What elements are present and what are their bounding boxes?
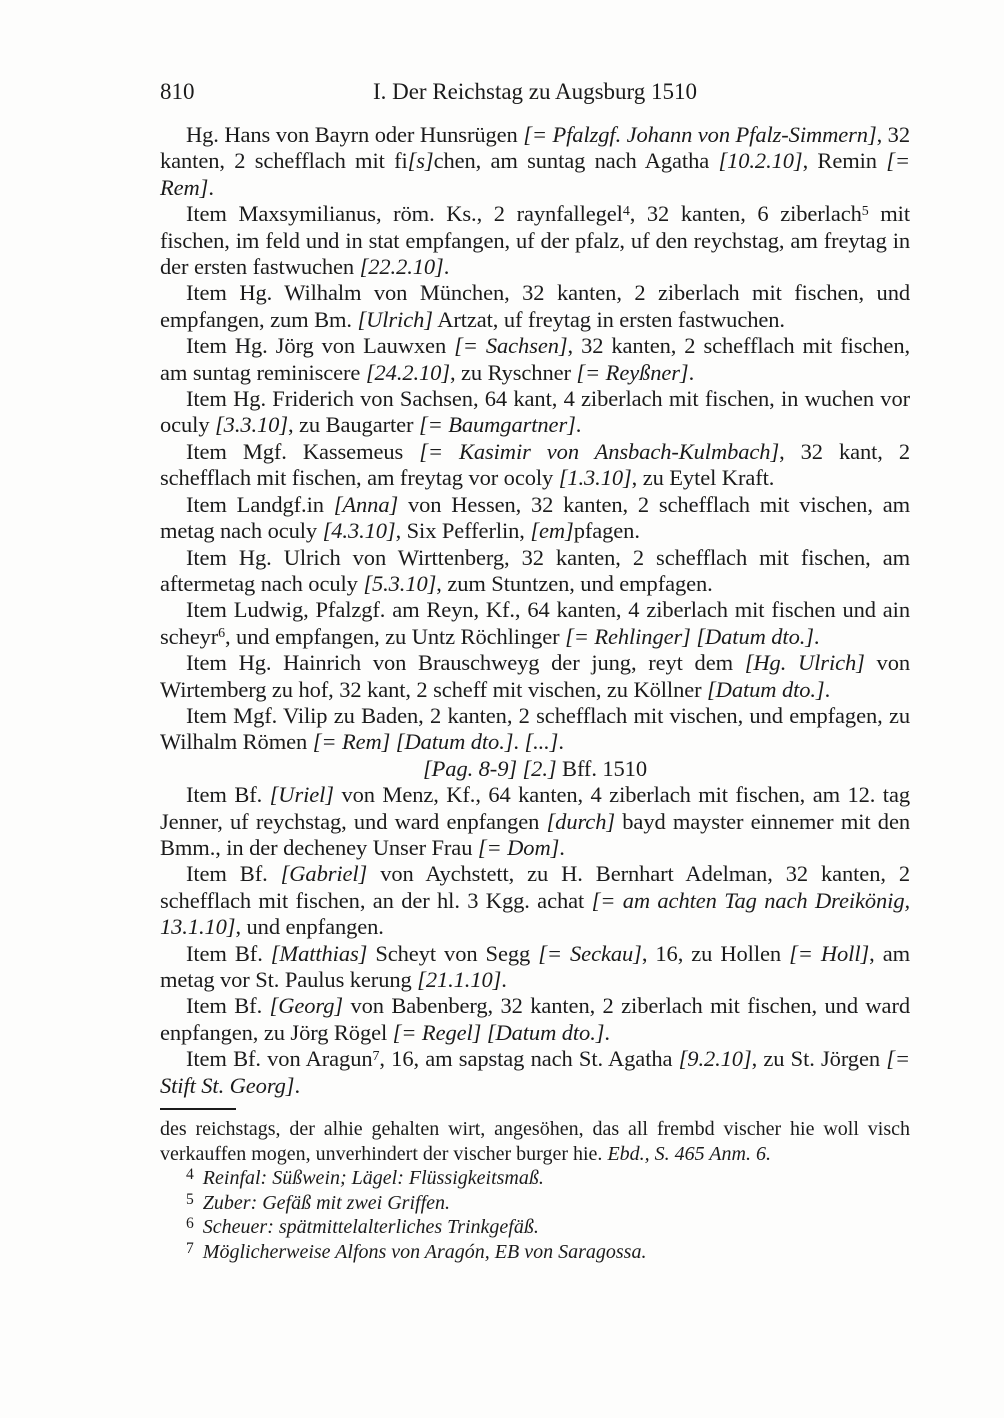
editorial-note: [Georg] bbox=[270, 993, 343, 1018]
editorial-note: [= Baumgartner] bbox=[419, 412, 576, 437]
text-paragraph: Item Landgf.in [Anna] von Hessen, 32 kan… bbox=[160, 492, 910, 545]
text-run: . bbox=[825, 677, 831, 702]
text-paragraph: Item Hg. Hainrich von Brauschweyg der ju… bbox=[160, 650, 910, 703]
text-run: . bbox=[576, 412, 582, 437]
editorial-note: [3.3.10] bbox=[215, 412, 288, 437]
text-paragraph: Item Maxsymilianus, röm. Ks., 2 raynfall… bbox=[160, 201, 910, 280]
text-run: , und empfangen, zu Untz Röchlinger bbox=[225, 624, 565, 649]
footnote-number: 7 bbox=[186, 1240, 194, 1257]
editorial-note: [= Pfalzgf. Johann von Pfalz-Simmern] bbox=[523, 122, 876, 147]
editorial-note: [24.2.10] bbox=[366, 360, 450, 385]
editorial-note: [Hg. Ulrich] bbox=[745, 650, 865, 675]
footnote-divider bbox=[160, 1108, 236, 1110]
editorial-note: [10.2.10] bbox=[718, 148, 802, 173]
text-run: . bbox=[558, 729, 564, 754]
text-run: , und enpfangen. bbox=[235, 914, 383, 939]
text-run: , 16, zu Hollen bbox=[642, 941, 789, 966]
text-run: , 32 kanten, 6 ziberlach bbox=[630, 201, 862, 226]
editorial-note: [21.1.10] bbox=[417, 967, 501, 992]
text-run: . bbox=[814, 624, 820, 649]
editorial-note: [s] bbox=[408, 148, 434, 173]
editorial-note: [...] bbox=[524, 729, 558, 754]
pagination-heading: [Pag. 8-9] [2.] Bff. 1510 bbox=[160, 756, 910, 782]
text-run: . bbox=[294, 1073, 300, 1098]
text-paragraph: Item Hg. Wilhalm von München, 32 kanten,… bbox=[160, 280, 910, 333]
text-paragraph: Item Ludwig, Pfalzgf. am Reyn, Kf., 64 k… bbox=[160, 597, 910, 650]
footnote-continuation: des reichstags, der alhie gehalten wirt,… bbox=[160, 1117, 910, 1166]
text-run: . bbox=[208, 175, 214, 200]
editorial-note: [Datum dto.] bbox=[707, 677, 825, 702]
text-paragraph: Item Bf. [Georg] von Babenberg, 32 kante… bbox=[160, 993, 910, 1046]
text-paragraph: Item Bf. [Uriel] von Menz, Kf., 64 kante… bbox=[160, 782, 910, 861]
editorial-note: [= Regel] [Datum dto.] bbox=[393, 1020, 605, 1045]
editorial-note: [5.3.10] bbox=[363, 571, 436, 596]
text-paragraph: Item Bf. [Gabriel] von Aychstett, zu H. … bbox=[160, 861, 910, 940]
text-run: Item Bf. bbox=[186, 993, 270, 1018]
footnote-reference: 7 bbox=[373, 1049, 380, 1064]
footnote-number: 6 bbox=[186, 1215, 194, 1232]
text-run: Item Mgf. Kassemeus bbox=[186, 439, 419, 464]
footnote-text: Zuber: Gefäß mit zwei Griffen. bbox=[203, 1192, 450, 1214]
editorial-note: Ebd., S. 465 Anm. 6. bbox=[607, 1143, 771, 1165]
footnote-number: 4 bbox=[186, 1166, 194, 1183]
text-run: des reichstags, der alhie gehalten wirt,… bbox=[160, 1118, 910, 1165]
footnote-text: Möglicherweise Alfons von Aragón, EB von… bbox=[203, 1241, 647, 1263]
editorial-note: [Gabriel] bbox=[281, 861, 368, 886]
text-paragraph: Item Bf. von Aragun7, 16, am sapstag nac… bbox=[160, 1046, 910, 1099]
text-run: Bff. 1510 bbox=[557, 756, 647, 781]
text-run: Scheyt von Segg bbox=[367, 941, 538, 966]
page-header: 810 I. Der Reichstag zu Augsburg 1510 bbox=[160, 78, 910, 106]
editorial-note: [= Rehlinger] [Datum dto.] bbox=[565, 624, 814, 649]
text-run: Item Hg. Hainrich von Brauschweyg der ju… bbox=[186, 650, 745, 675]
text-run: Item Bf. bbox=[186, 941, 271, 966]
editorial-note: [durch] bbox=[547, 809, 615, 834]
text-run: , zu Ryschner bbox=[450, 360, 576, 385]
text-paragraph: Item Bf. [Matthias] Scheyt von Segg [= S… bbox=[160, 941, 910, 994]
text-run: Item Maxsymilianus, röm. Ks., 2 raynfall… bbox=[186, 201, 623, 226]
footnote-text: Scheuer: spätmittelalterliches Trinkgefä… bbox=[203, 1216, 539, 1238]
editorial-note: [= Reyßner] bbox=[576, 360, 688, 385]
text-paragraph: Item Mgf. Kassemeus [= Kasimir von Ansba… bbox=[160, 439, 910, 492]
text-run: , zu Eytel Kraft. bbox=[632, 465, 775, 490]
text-run: Hg. Hans von Bayrn oder Hunsrügen bbox=[186, 122, 523, 147]
footnote-block: des reichstags, der alhie gehalten wirt,… bbox=[160, 1108, 910, 1265]
editorial-note: [Anna] bbox=[334, 492, 398, 517]
text-paragraph: Item Hg. Friderich von Sachsen, 64 kant,… bbox=[160, 386, 910, 439]
footnote: 7Möglicherweise Alfons von Aragón, EB vo… bbox=[160, 1240, 910, 1265]
editorial-note: [= Holl] bbox=[789, 941, 869, 966]
text-run: , Six Pefferlin, bbox=[396, 518, 531, 543]
footnote-reference: 4 bbox=[623, 204, 630, 219]
editorial-note: [Matthias] bbox=[271, 941, 368, 966]
text-run: . bbox=[444, 254, 450, 279]
text-run: , 16, am sapstag nach St. Agatha bbox=[379, 1046, 678, 1071]
text-paragraph: Item Hg. Jörg von Lauwxen [= Sachsen], 3… bbox=[160, 333, 910, 386]
footnote-number: 5 bbox=[186, 1191, 194, 1208]
editorial-note: [Uriel] bbox=[270, 782, 334, 807]
text-paragraph: Item Hg. Ulrich von Wirttenberg, 32 kant… bbox=[160, 545, 910, 598]
body-text: Hg. Hans von Bayrn oder Hunsrügen [= Pfa… bbox=[160, 122, 910, 1099]
editorial-note: [22.2.10] bbox=[360, 254, 444, 279]
footnote-reference: 6 bbox=[218, 626, 225, 641]
text-run: chen, am suntag nach Agatha bbox=[434, 148, 719, 173]
text-run: Item Bf. von Aragun bbox=[186, 1046, 373, 1071]
text-run: . bbox=[501, 967, 507, 992]
text-run: Item Bf. bbox=[186, 861, 281, 886]
editorial-note: [9.2.10] bbox=[679, 1046, 752, 1071]
editorial-note: [4.3.10] bbox=[323, 518, 396, 543]
footnote-reference: 5 bbox=[862, 204, 869, 219]
text-run: , zum Stuntzen, und empfagen. bbox=[436, 571, 712, 596]
footnote: 6Scheuer: spätmittelalterliches Trinkgef… bbox=[160, 1215, 910, 1240]
footnote: 4Reinfal: Süßwein; Lägel: Flüssigkeitsma… bbox=[160, 1166, 910, 1191]
text-run: Item Bf. bbox=[186, 782, 270, 807]
editorial-note: [1.3.10] bbox=[559, 465, 632, 490]
text-run: pfagen. bbox=[574, 518, 640, 543]
text-paragraph: Hg. Hans von Bayrn oder Hunsrügen [= Pfa… bbox=[160, 122, 910, 201]
editorial-note: [= Sachsen] bbox=[454, 333, 567, 358]
page-number: 810 bbox=[160, 78, 195, 106]
text-paragraph: Item Mgf. Vilip zu Baden, 2 kanten, 2 sc… bbox=[160, 703, 910, 756]
editorial-note: [em] bbox=[530, 518, 573, 543]
text-run: Item Landgf.in bbox=[186, 492, 334, 517]
book-page: 810 I. Der Reichstag zu Augsburg 1510 Hg… bbox=[0, 0, 1004, 1418]
text-run: . bbox=[559, 835, 565, 860]
editorial-note: [= Rem] [Datum dto.] bbox=[313, 729, 514, 754]
text-run: , zu St. Jörgen bbox=[752, 1046, 887, 1071]
editorial-note: [Pag. 8-9] [2.] bbox=[423, 756, 557, 781]
text-run: Artzat, uf freytag in ersten fastwuchen. bbox=[433, 307, 785, 332]
editorial-note: [= Kasimir von Ansbach-Kulmbach] bbox=[419, 439, 779, 464]
footnote-list: 4Reinfal: Süßwein; Lägel: Flüssigkeitsma… bbox=[160, 1166, 910, 1264]
editorial-note: [= Seckau] bbox=[538, 941, 642, 966]
text-run: Item Hg. Jörg von Lauwxen bbox=[186, 333, 454, 358]
footnote: 5Zuber: Gefäß mit zwei Griffen. bbox=[160, 1191, 910, 1216]
editorial-note: [Ulrich] bbox=[357, 307, 432, 332]
footnote-text: Reinfal: Süßwein; Lägel: Flüssigkeitsmaß… bbox=[203, 1167, 544, 1189]
editorial-note: [= Dom] bbox=[478, 835, 559, 860]
text-run: . bbox=[689, 360, 695, 385]
text-run: . bbox=[513, 729, 524, 754]
running-title: I. Der Reichstag zu Augsburg 1510 bbox=[160, 78, 910, 106]
text-run: , Remin bbox=[803, 148, 887, 173]
text-run: . bbox=[604, 1020, 610, 1045]
text-run: , zu Baugarter bbox=[288, 412, 419, 437]
